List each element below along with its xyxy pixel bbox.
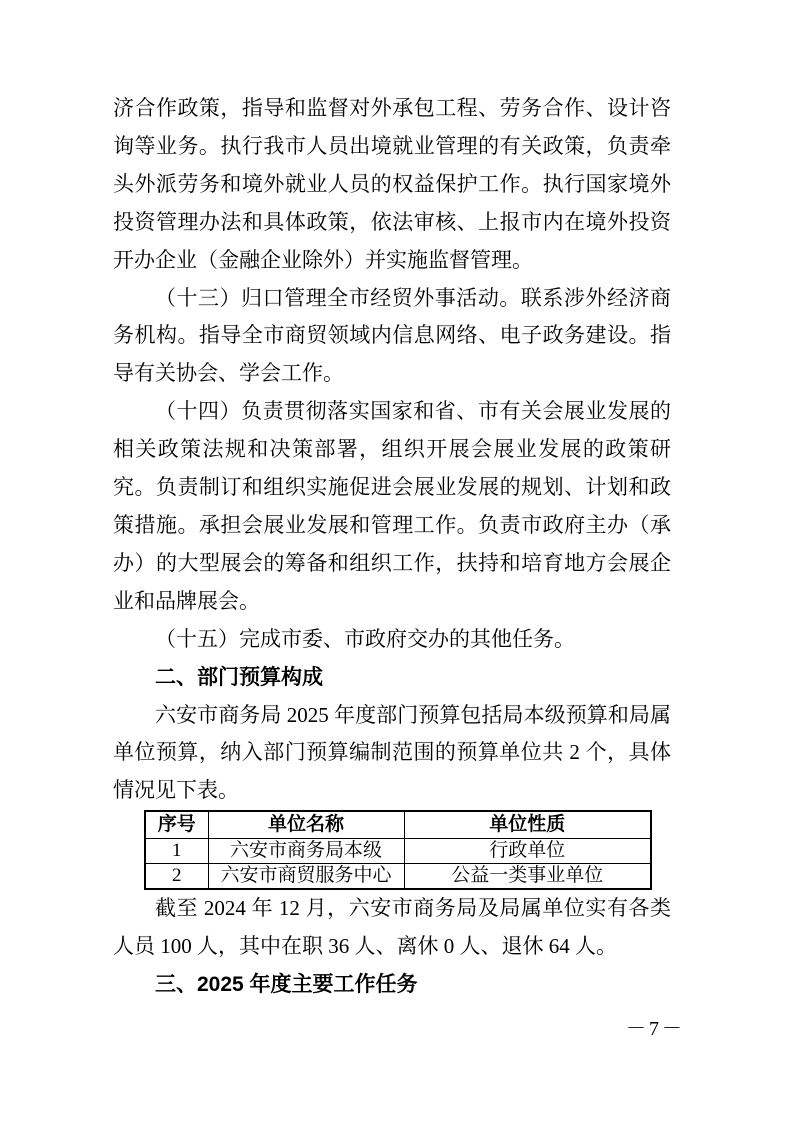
paragraph-item-14: （十四）负责贯彻落实国家和省、市有关会展业发展的相关政策法规和决策部署，组织开展… xyxy=(113,393,671,620)
table-cell-index: 2 xyxy=(145,864,208,890)
paragraph-budget-intro: 六安市商务局 2025 年度部门预算包括局本级预算和局属单位预算，纳入部门预算编… xyxy=(113,697,671,811)
table-header-row: 序号 单位名称 单位性质 xyxy=(145,811,651,839)
table-header-index: 序号 xyxy=(145,811,208,839)
paragraph-item-15: （十五）完成市委、市政府交办的其他任务。 xyxy=(113,621,671,659)
table-row: 1 六安市商务局本级 行政单位 xyxy=(145,839,651,864)
section-heading-budget-composition: 二、部门预算构成 xyxy=(113,659,671,697)
table-cell-unit-name: 六安市商贸服务中心 xyxy=(208,864,404,890)
paragraph-staff-note: 截至 2024 年 12 月，六安市商务局及局属单位实有各类人员 100 人，其… xyxy=(113,890,671,966)
document-page: 济合作政策，指导和监督对外承包工程、劳务合作、设计咨询等业务。执行我市人员出境就… xyxy=(0,0,793,1122)
paragraph-item-13: （十三）归口管理全市经贸外事活动。联系涉外经济商务机构。指导全市商贸领域内信息网… xyxy=(113,280,671,394)
table-cell-unit-type: 公益一类事业单位 xyxy=(404,864,651,890)
table-header-unit-type: 单位性质 xyxy=(404,811,651,839)
paragraph-continuation: 济合作政策，指导和监督对外承包工程、劳务合作、设计咨询等业务。执行我市人员出境就… xyxy=(113,90,671,280)
table-cell-index: 1 xyxy=(145,839,208,864)
table-cell-unit-type: 行政单位 xyxy=(404,839,651,864)
table-cell-unit-name: 六安市商务局本级 xyxy=(208,839,404,864)
table-header-unit-name: 单位名称 xyxy=(208,811,404,839)
section-heading-2025-tasks: 三、2025 年度主要工作任务 xyxy=(113,966,671,1004)
document-body: 济合作政策，指导和监督对外承包工程、劳务合作、设计咨询等业务。执行我市人员出境就… xyxy=(113,90,671,1004)
table-row: 2 六安市商贸服务中心 公益一类事业单位 xyxy=(145,864,651,890)
budget-units-table: 序号 单位名称 单位性质 1 六安市商务局本级 行政单位 2 六安市商贸服务中心… xyxy=(144,810,652,890)
page-number: －7－ xyxy=(626,1012,685,1041)
